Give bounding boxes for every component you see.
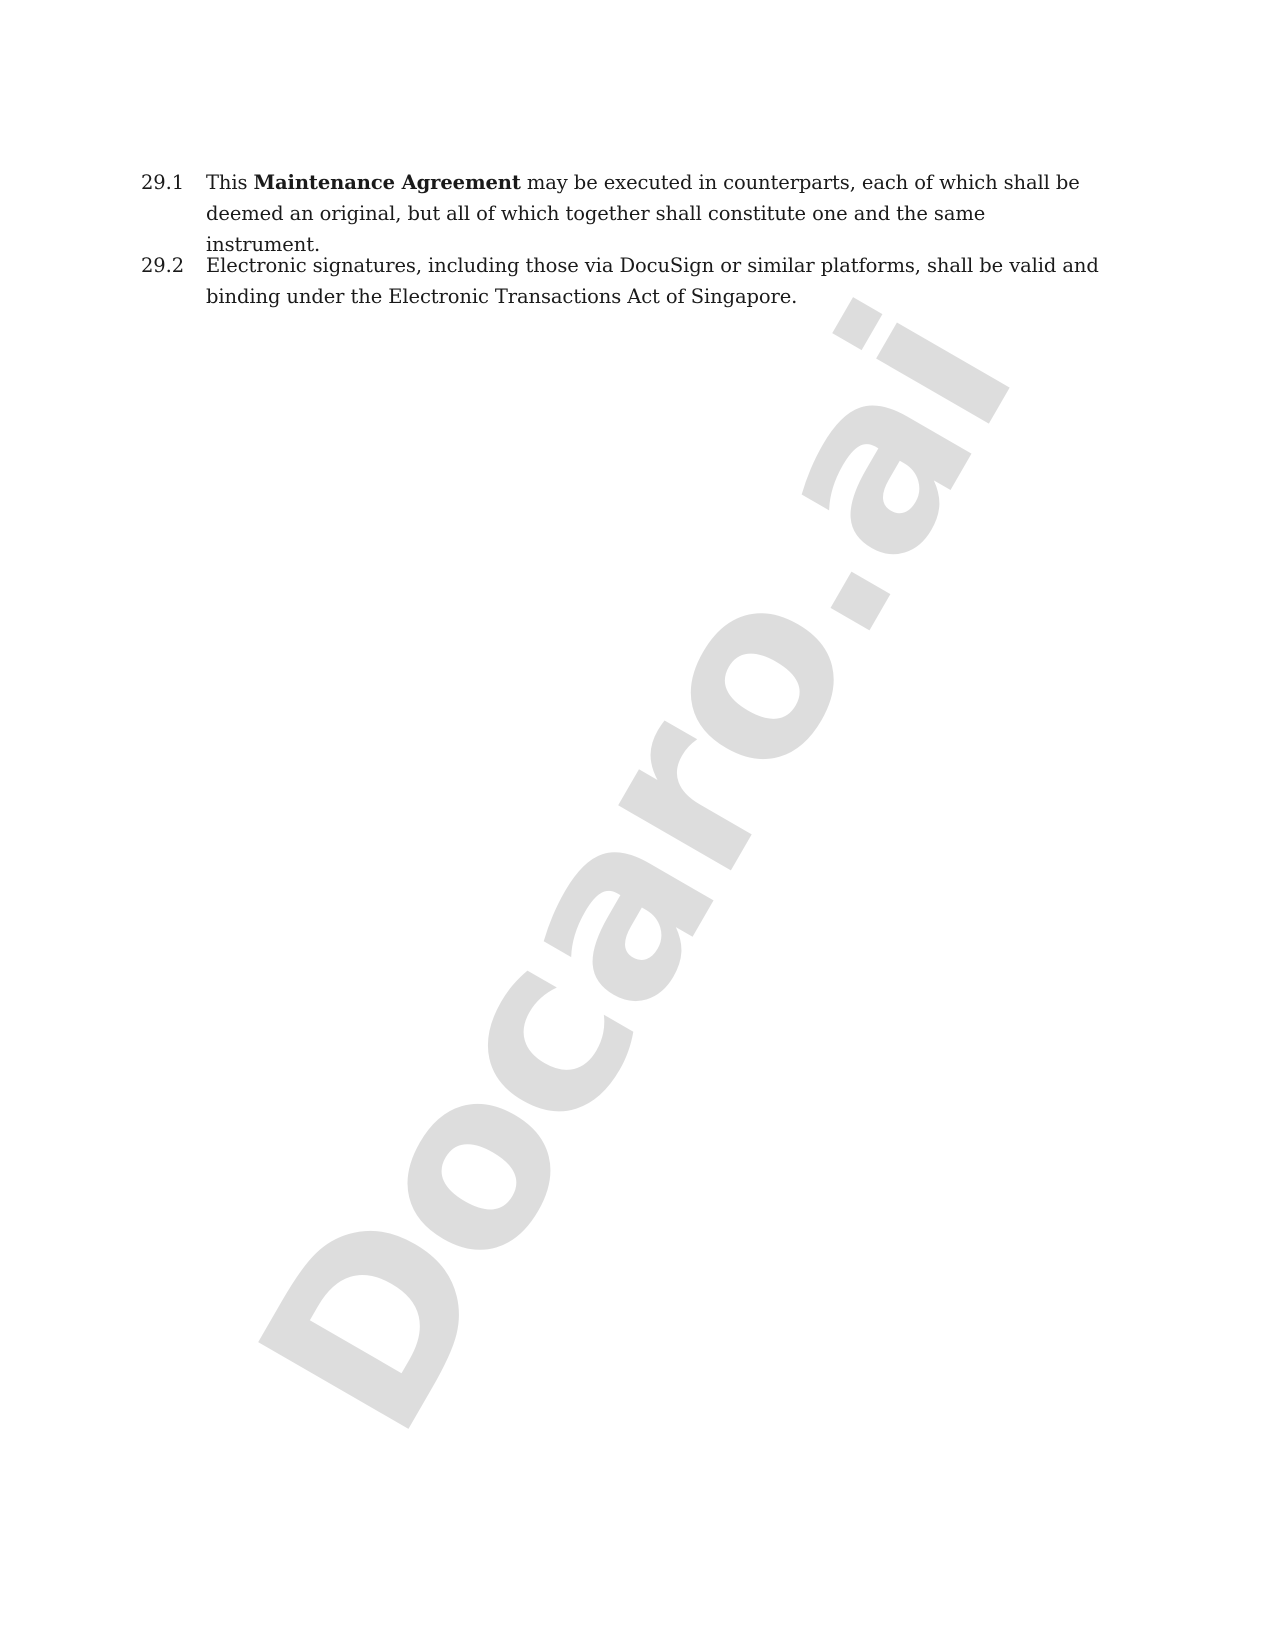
watermark: Docaro.ai [207,264,1067,1477]
clause-number: 29.1 [141,167,201,198]
clause-text: This Maintenance Agreement may be execut… [206,167,1101,260]
clause-29-2: 29.2 Electronic signatures, including th… [141,250,1101,312]
document-page: Docaro.ai 29.1 This Maintenance Agreemen… [0,0,1275,1650]
defined-term: Maintenance Agreement [254,171,521,194]
clause-29-1: 29.1 This Maintenance Agreement may be e… [141,167,1101,260]
clause-text-part: This [206,171,254,194]
clause-number: 29.2 [141,250,201,281]
clause-text: Electronic signatures, including those v… [206,250,1101,312]
